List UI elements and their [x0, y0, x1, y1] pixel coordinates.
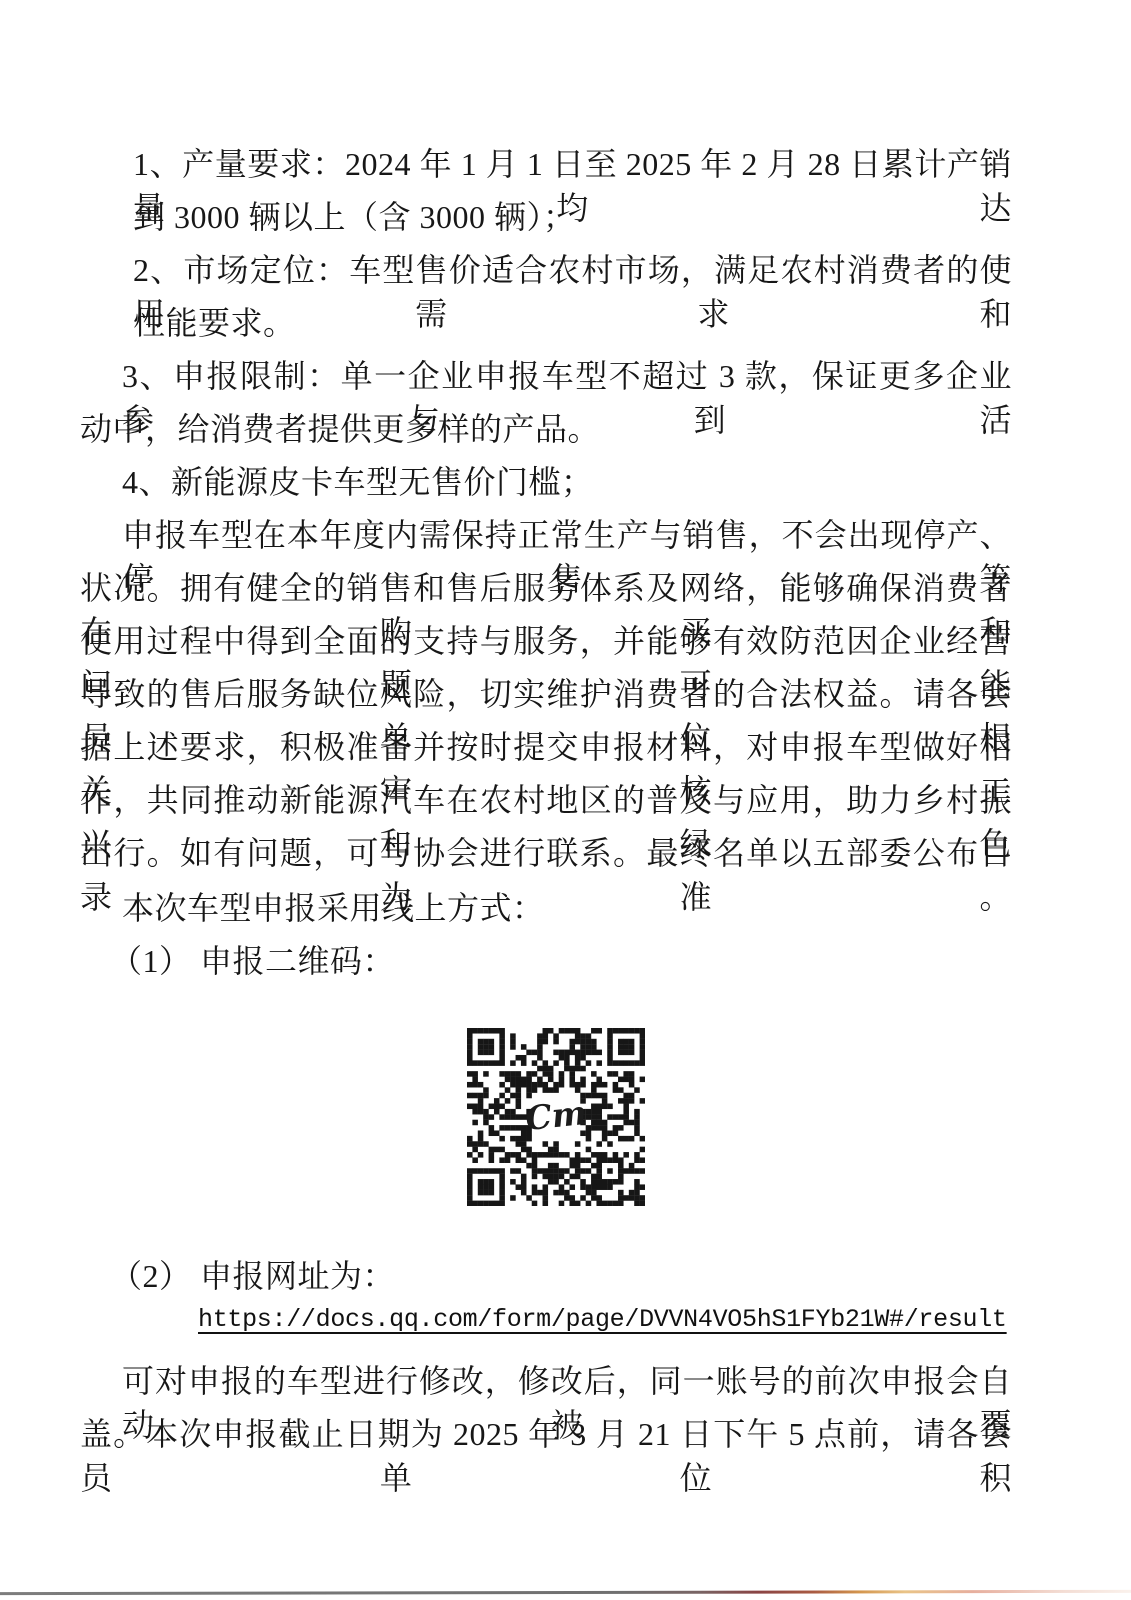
doc-line: 到 3000 辆以上（含 3000 辆）；: [133, 195, 1012, 239]
url-section-label: （2） 申报网址为：: [110, 1254, 1012, 1298]
doc-line: 动中，给消费者提供更多样的产品。: [80, 407, 1012, 451]
document-page: 1、产量要求：2024 年 1 月 1 日至 2025 年 2 月 28 日累计…: [0, 0, 1131, 1600]
doc-line: 本次车型申报采用线上方式：: [122, 886, 1012, 930]
doc-line: 盖。本次申报截止日期为 2025 年 3 月 21 日下午 5 点前，请各会员单…: [80, 1412, 1012, 1500]
qr-code-pattern: [467, 1028, 645, 1206]
qr-code: Cm: [467, 1028, 645, 1206]
doc-line: 性能要求。: [133, 301, 1012, 345]
application-url-link[interactable]: https://docs.qq.com/form/page/DVVN4VO5hS…: [198, 1305, 1007, 1334]
qr-section-label: （1） 申报二维码：: [110, 939, 1012, 983]
scan-artifact-line: [0, 1590, 1131, 1595]
doc-line: 4、新能源皮卡车型无售价门槛；: [122, 460, 1012, 504]
